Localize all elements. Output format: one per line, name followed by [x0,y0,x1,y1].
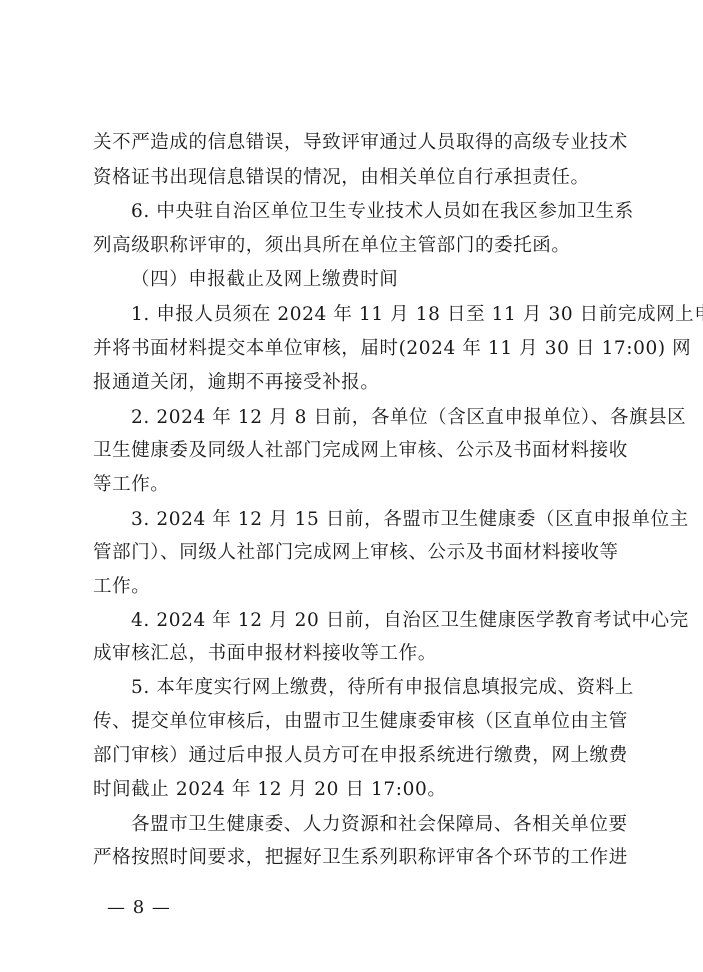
paragraph-line: 严格按照时间要求，把握好卫生系列职称评审各个环节的工作进 [93,846,628,870]
paragraph-line: 6. 中央驻自治区单位卫生专业技术人员如在我区参加卫生系 [131,200,634,224]
document-page: 关不严造成的信息错误，导致评审通过人员取得的高级专业技术 资格证书出现信息错误的… [0,0,703,972]
paragraph-line: 1. 申报人员须在 2024 年 11 月 18 日至 11 月 30 日前完成… [131,303,703,327]
paragraph-line: 5. 本年度实行网上缴费，待所有申报信息填报完成、资料上 [131,676,634,700]
paragraph-line: 并将书面材料提交本单位审核，届时(2024 年 11 月 30 日 17:00)… [93,337,691,361]
paragraph-line: 2. 2024 年 12 月 8 日前，各单位（含区直申报单位）、各旗县区 [131,406,686,430]
paragraph-line: 部门审核）通过后申报人员方可在申报系统进行缴费，网上缴费 [93,744,628,768]
paragraph-line: 等工作。 [93,473,169,497]
paragraph-line: 时间截止 2024 年 12 月 20 日 17:00。 [93,778,446,802]
paragraph-line: 4. 2024 年 12 月 20 日前，自治区卫生健康医学教育考试中心完 [131,609,689,633]
paragraph-line: 工作。 [93,575,150,599]
paragraph-line: 卫生健康委及同级人社部门完成网上审核、公示及书面材料接收 [93,439,628,463]
paragraph-line: 列高级职称评审的，须出具所在单位主管部门的委托函。 [93,234,571,258]
page-number: — 8 — [107,896,171,920]
paragraph-line: 各盟市卫生健康委、人力资源和社会保障局、各相关单位要 [131,813,628,837]
paragraph-line: 成审核汇总，书面申报材料接收等工作。 [93,642,437,666]
section-heading: （四）申报截止及网上缴费时间 [131,268,398,292]
paragraph-line: 资格证书出现信息错误的情况，由相关单位自行承担责任。 [93,166,590,190]
paragraph-line: 关不严造成的信息错误，导致评审通过人员取得的高级专业技术 [93,131,628,155]
paragraph-line: 3. 2024 年 12 月 15 日前，各盟市卫生健康委（区直申报单位主 [131,508,689,532]
paragraph-line: 管部门）、同级人社部门完成网上审核、公示及书面材料接收等 [93,541,619,565]
paragraph-line: 传、提交单位审核后，由盟市卫生健康委审核（区直单位由主管 [93,710,628,734]
paragraph-line: 报通道关闭，逾期不再接受补报。 [93,371,380,395]
